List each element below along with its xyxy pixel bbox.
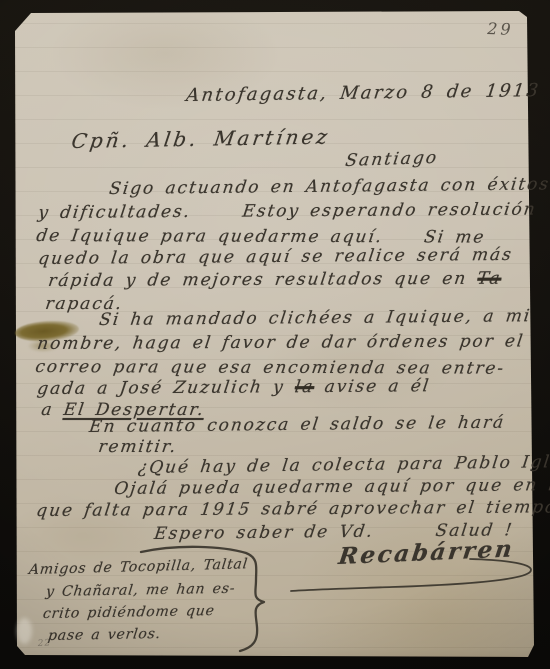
text-segment: y dificultades. Estoy esperando resoluci…: [37, 200, 538, 223]
handwritten-line: quedo la obra que aquí se realice será m…: [37, 245, 514, 269]
text-segment: avise a él: [313, 376, 432, 397]
text-segment: y Chañaral, me han es-: [45, 581, 236, 600]
city-line: Santiago: [344, 148, 440, 171]
photo-background: 29 Antofagasta, Marzo 8 de 1913 Cpñ. Alb…: [0, 0, 550, 669]
text-segment: Si ha mandado clichées a Iquique, a mi: [98, 306, 533, 330]
handwritten-line: Ojalá pueda quedarme aquí por que en lo: [113, 475, 550, 499]
text-segment: pase a verlos.: [47, 626, 162, 644]
text-segment: de Iquique para quedarme aquí. Si me: [35, 226, 487, 248]
handwritten-line: nombre, haga el favor de dar órdenes por…: [36, 331, 526, 354]
postscript-line: y Chañaral, me han es-: [45, 581, 236, 600]
worn-corner-spot: [17, 618, 32, 644]
handwritten-line: correo para que esa encomienda sea entre…: [34, 357, 506, 379]
handwritten-line: rápida y de mejores resultados que en Ta: [47, 269, 503, 291]
handwritten-line: Si ha mandado clichées a Iquique, a mi: [98, 306, 533, 330]
handwritten-line: que falta para 1915 sabré aprovechar el …: [35, 497, 550, 521]
corner-pencil-mark: 22: [37, 638, 51, 649]
page-number-pencil: 29: [487, 19, 514, 39]
text-segment: nombre, haga el favor de dar órdenes por…: [36, 331, 526, 354]
handwritten-line: de Iquique para quedarme aquí. Si me: [35, 226, 487, 248]
handwritten-line: y dificultades. Estoy esperando resoluci…: [37, 200, 538, 223]
postscript-line: pase a verlos.: [47, 626, 162, 644]
struck-word: Ta: [476, 269, 503, 289]
text-segment: correo para que esa encomienda sea entre…: [34, 357, 506, 379]
text-segment: gada a José Zuzulich y: [36, 377, 296, 399]
postscript-line: crito pidiéndome que: [42, 603, 216, 622]
handwritten-line: remitir.: [97, 437, 179, 457]
text-segment: Ojalá pueda quedarme aquí por que en lo: [113, 475, 550, 499]
handwritten-line: gada a José Zuzulich y la avise a él: [36, 376, 431, 399]
text-segment: crito pidiéndome que: [42, 603, 216, 622]
text-segment: que falta para 1915 sabré aprovechar el …: [35, 497, 550, 521]
text-segment: remitir.: [97, 437, 179, 457]
text-segment: rápida y de mejores resultados que en: [47, 269, 479, 291]
recipient-line: Cpñ. Alb. Martínez: [70, 125, 332, 153]
text-segment: quedo la obra que aquí se realice será m…: [37, 245, 514, 269]
